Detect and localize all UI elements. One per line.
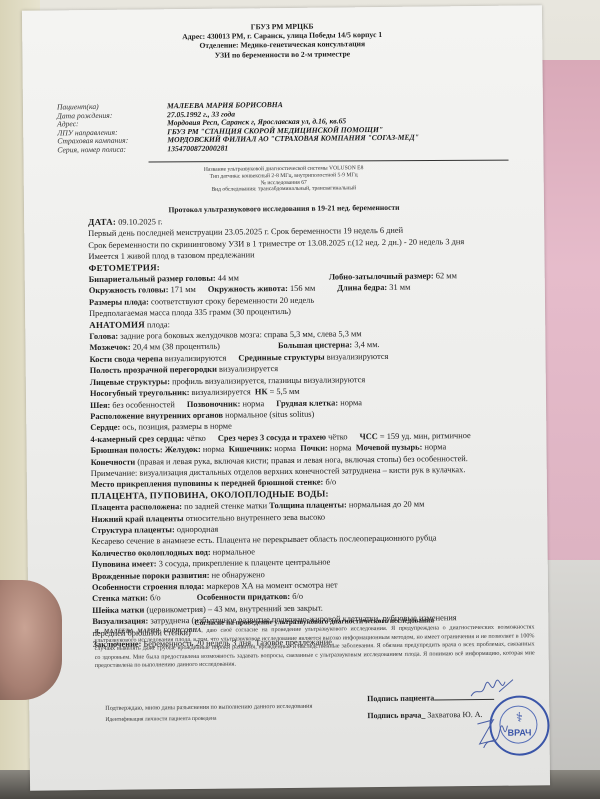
spine-value: норма: [242, 399, 264, 408]
three-vessel-value: чётко: [328, 432, 348, 441]
anatomy-title: АНАТОМИЯ: [89, 319, 145, 330]
background-pink-fabric: [540, 60, 600, 580]
patient-info: Пациент(ка)МАЛЕЕВА МАРИЯ БОРИСОВНА Дата …: [57, 100, 419, 155]
ofd-value: 62 мм: [436, 271, 457, 280]
organs-value: нормальное (situs solitus): [225, 410, 314, 420]
date-value: 09.10.2025 г.: [118, 217, 162, 226]
midline-value: визуализируются: [327, 352, 389, 362]
spine-label: Позвоночник:: [187, 399, 241, 409]
placenta-edge-label: Нижний край плаценты: [91, 514, 183, 524]
skull-value: визуализируются: [165, 353, 227, 363]
chest-value: норма: [340, 398, 362, 407]
placenta-structure-value: однородная: [177, 525, 218, 534]
neck-label: Шея:: [90, 400, 110, 409]
kidney-label: Почки:: [300, 444, 328, 453]
placenta-thickness-value: нормальная до 20 мм: [349, 500, 425, 510]
background-right-bottom: [545, 560, 600, 799]
cervix-value: (цервикометрия) – 43 мм, внутренний зев …: [146, 603, 323, 614]
organs-label: Расположение внутренних органов: [90, 411, 223, 421]
nasolabial-value: визуализируется: [192, 387, 251, 397]
ofd-label: Лобно-затылочный размер:: [329, 271, 434, 281]
cerebellum-value: 20,4 мм (38 процентиль): [133, 342, 220, 352]
doctor-signature: Подпись врача_ Захватова Ю. А.: [367, 710, 482, 720]
holding-finger: [0, 580, 62, 700]
cervix-label: Шейка матки: [92, 605, 144, 615]
cisterna-label: Большая цистерна:: [278, 341, 352, 351]
nasal-bone-value: = 5,5 мм: [270, 387, 300, 396]
stomach-label: Желудок:: [165, 445, 201, 454]
anatomy-sub: плода:: [147, 320, 170, 329]
bladder-value: норма: [424, 442, 446, 451]
consent-text: Я, МАЛЕЕВА МАРИЯ БОРИСОВНА, даю своё сог…: [94, 624, 534, 671]
kidney-value: норма: [330, 443, 352, 452]
fluid-label: Количество околоплодных вод:: [92, 548, 211, 558]
hc-label: Окружность головы:: [89, 286, 169, 296]
csp-value: визуализируется: [219, 364, 278, 374]
consent-prefix: Я,: [94, 629, 100, 635]
features-value: маркеров ХА на момент осмотра нет: [206, 580, 337, 590]
face-label: Лицевые структуры:: [90, 377, 170, 387]
ultrasound-report-sheet: ГБУЗ РМ МРЦКБ Адрес: 430013 РМ, г. Саран…: [22, 5, 550, 790]
date-label: ДАТА:: [88, 217, 116, 227]
cord-value: 3 сосуда, прикрепление к плаценте центра…: [159, 558, 331, 569]
bpd-label: Бипариетальный размер головы:: [89, 274, 216, 284]
fluid-value: нормальное: [213, 547, 255, 556]
document-header: ГБУЗ РМ МРЦКБ Адрес: 430013 РМ, г. Саран…: [22, 19, 542, 61]
cord-label: Пуповина имеет:: [92, 560, 157, 570]
heart-rate-label: ЧСС: [360, 432, 378, 441]
nasolabial-label: Носогубный треугольник:: [90, 388, 190, 398]
abdomen-label: Брюшная полость:: [90, 445, 162, 455]
adnexa-value: б/о: [292, 592, 303, 601]
four-chamber-label: 4-камерный срез сердца:: [90, 434, 184, 444]
nasal-bone-label: НК: [255, 387, 268, 396]
defects-label: Врожденные пороки развития:: [92, 570, 210, 580]
policy-value: 1354700872000281: [167, 145, 228, 154]
divider: [149, 160, 509, 163]
hc-value: 171 мм: [171, 285, 196, 294]
ac-value: 156 мм: [290, 284, 315, 293]
heart-label: Сердце:: [90, 423, 120, 432]
protocol-body: ДАТА: 09.10.2025 г. Первый день последне…: [88, 212, 543, 650]
bladder-label: Мочевой пузырь:: [356, 443, 423, 453]
doctor-signature-scribble-icon: [473, 714, 509, 754]
confirmation-text: Подтверждаю, мною даны разъяснения по вы…: [105, 703, 312, 712]
placenta-structure-label: Структура плаценты:: [91, 525, 174, 535]
heart-value: ось, позиция, размеры в норме: [122, 422, 231, 432]
neck-value: без особенностей: [112, 400, 175, 410]
device-info: Название ультразвуковой диагностической …: [24, 163, 544, 196]
placenta-location-value: по задней стенке матки: [184, 501, 267, 511]
stomach-value: норма: [203, 445, 225, 454]
adnexa-label: Особенности придатков:: [197, 592, 291, 602]
cord-insert-value: б/о: [325, 478, 336, 487]
patient-signature-label: Подпись пациента: [367, 693, 434, 703]
fl-value: 31 мм: [389, 283, 410, 292]
features-label: Особенности строения плода:: [92, 582, 204, 592]
bpd-value: 44 мм: [218, 274, 239, 283]
cord-insert-label: Место прикрепления пуповины к передней б…: [91, 478, 324, 489]
doctor-signature-label: Подпись врача_: [367, 711, 425, 721]
heart-rate-value: = 159 уд. мин, ритмичное: [380, 431, 471, 441]
csp-label: Полость прозрачной перегородки: [90, 365, 217, 375]
uterine-wall-label: Стенка матки:: [92, 594, 148, 604]
consent-patient-name: МАЛЕЕВА МАРИЯ БОРИСОВНА: [104, 628, 201, 635]
skull-label: Кости свода черепа: [90, 354, 163, 364]
midline-label: Срединные структуры: [238, 352, 324, 362]
placenta-thickness-label: Толщина плаценты:: [269, 501, 347, 511]
identification-text: Идентификация личности пациента проведен…: [105, 716, 216, 723]
four-chamber-value: чётко: [186, 434, 206, 443]
chest-label: Грудная клетка:: [276, 398, 338, 408]
defects-value: не обнаружено: [212, 570, 265, 580]
bowel-label: Кишечник:: [229, 444, 273, 453]
placenta-edge-value: относительно внутреннего зева высоко: [186, 512, 326, 522]
policy-label: Серия, номер полиса:: [57, 145, 167, 155]
face-value: профиль визуализируется, глазницы визуал…: [172, 375, 365, 386]
placenta-location-label: Плацента расположена:: [91, 502, 182, 512]
size-label: Размеры плода:: [89, 297, 149, 307]
limbs-label: Конечности: [91, 457, 136, 466]
uterine-wall-value: б/о: [150, 594, 161, 603]
ac-label: Окружность живота:: [208, 284, 288, 294]
bowel-value: норма: [274, 444, 296, 453]
consent-section: Согласие на проведение ультразвукового д…: [94, 615, 535, 670]
head-label: Голова:: [89, 332, 118, 341]
cerebellum-label: Мозжечок:: [89, 343, 130, 352]
size-value: соответствуют сроку беременности 20 неде…: [151, 296, 314, 307]
three-vessel-label: Срез через 3 сосуда и трахею: [218, 432, 326, 442]
fl-label: Длина бедра:: [337, 283, 387, 293]
cisterna-value: 3,4 мм.: [354, 340, 379, 349]
